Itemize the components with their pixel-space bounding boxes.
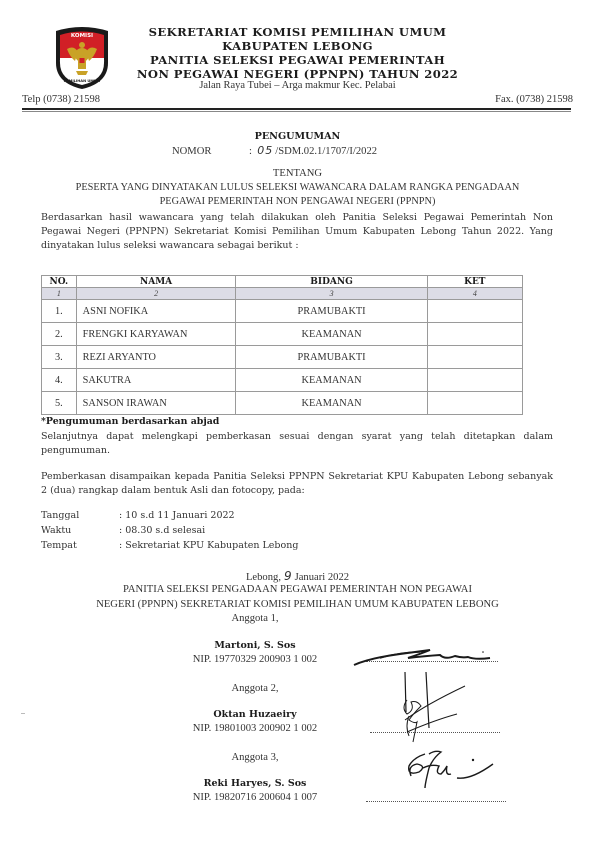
signature-month-year: Januari 2022	[295, 572, 349, 583]
signature-day-handwritten: 9	[284, 569, 292, 583]
cell-bidang: PRAMUBAKTI	[236, 300, 427, 323]
cell-bidang: PRAMUBAKTI	[236, 346, 427, 369]
nomor-label: NOMOR	[172, 146, 249, 157]
results-table: NO. NAMA BIDANG KET 1 2 3 4 1. ASNI NOFI…	[41, 275, 523, 415]
header-bidang: BIDANG	[236, 276, 427, 288]
cell-bidang: KEAMANAN	[236, 369, 427, 392]
cell-no: 2.	[42, 323, 77, 346]
nomor-separator: :	[249, 146, 252, 157]
schedule-value: : 08.30 s.d selesai	[119, 525, 205, 536]
member-1-nip: NIP. 19770329 200903 1 002	[155, 654, 355, 665]
index-cell: 1	[42, 288, 77, 300]
cell-nama: SAKUTRA	[76, 369, 236, 392]
member-1-name: Martoni, S. Sos	[155, 640, 355, 651]
schedule-row-time: Waktu: 08.30 s.d selesai	[41, 525, 205, 536]
schedule-row-place: Tempat: Sekretariat KPU Kabupaten Lebong	[41, 540, 298, 551]
announcement-number: NOMOR: 05/SDM.02.1/1707/I/2022	[172, 144, 377, 157]
member-1-role: Anggota 1,	[155, 613, 355, 624]
subject-line-2: PEGAWAI PEMERINTAH NON PENGAWAI NEGERI (…	[0, 196, 595, 207]
table-index-row: 1 2 3 4	[42, 288, 523, 300]
cell-nama: ASNI NOFIKA	[76, 300, 236, 323]
table-row: 1. ASNI NOFIKA PRAMUBAKTI	[42, 300, 523, 323]
letterhead-line-4: NON PEGAWAI NEGERI (PPNPN) TAHUN 2022	[0, 67, 595, 81]
schedule-row-date: Tanggal: 10 s.d 11 Januari 2022	[41, 510, 235, 521]
cell-no: 4.	[42, 369, 77, 392]
index-cell: 2	[76, 288, 236, 300]
schedule-label: Tanggal	[41, 510, 119, 521]
letterhead-fax: Fax. (0738) 21598	[495, 94, 573, 105]
letterhead-address: Jalan Raya Tubei – Arga makmur Kec. Pela…	[0, 80, 595, 91]
cell-ket	[427, 300, 522, 323]
cell-nama: SANSON IRAWAN	[76, 392, 236, 415]
letterhead-line-2: KABUPATEN LEBONG	[0, 39, 595, 53]
scan-artifact	[21, 713, 25, 714]
index-cell: 4	[427, 288, 522, 300]
letterhead-line-3: PANITIA SELEKSI PEGAWAI PEMERINTAH	[0, 53, 595, 67]
member-2-nip: NIP. 19801003 200902 1 002	[155, 723, 355, 734]
alphabetical-note: *Pengumuman berdasarkan abjad	[41, 416, 219, 427]
committee-line-1: PANITIA SELEKSI PENGADAAN PEGAWAI PEMERI…	[0, 584, 595, 595]
index-cell: 3	[236, 288, 427, 300]
signature-line-3	[366, 801, 506, 802]
signature-date: Lebong,9Januari 2022	[0, 569, 595, 583]
cell-bidang: KEAMANAN	[236, 323, 427, 346]
followup-paragraph: Selanjutnya dapat melengkapi pemberkasan…	[41, 430, 553, 458]
schedule-value: : 10 s.d 11 Januari 2022	[119, 510, 235, 521]
submission-paragraph: Pemberkasan disampaikan kepada Panitia S…	[41, 470, 553, 498]
schedule-value: : Sekretariat KPU Kabupaten Lebong	[119, 540, 298, 551]
member-3-name: Reki Haryes, S. Sos	[155, 778, 355, 789]
cell-ket	[427, 369, 522, 392]
member-3-nip: NIP. 19820716 200604 1 007	[155, 792, 355, 803]
schedule-label: Tempat	[41, 540, 119, 551]
signature-1-icon	[350, 640, 510, 670]
signature-place: Lebong,	[246, 572, 281, 583]
letterhead-telp: Telp (0738) 21598	[22, 94, 100, 105]
cell-no: 5.	[42, 392, 77, 415]
cell-nama: FRENGKI KARYAWAN	[76, 323, 236, 346]
cell-nama: REZI ARYANTO	[76, 346, 236, 369]
member-3-role: Anggota 3,	[155, 752, 355, 763]
letterhead-line-1: SEKRETARIAT KOMISI PEMILIHAN UMUM	[0, 25, 595, 39]
table-row: 5. SANSON IRAWAN KEAMANAN	[42, 392, 523, 415]
member-2-role: Anggota 2,	[155, 683, 355, 694]
table-row: 3. REZI ARYANTO PRAMUBAKTI	[42, 346, 523, 369]
nomor-value: /SDM.02.1/1707/I/2022	[275, 146, 377, 157]
table-row: 2. FRENGKI KARYAWAN KEAMANAN	[42, 323, 523, 346]
intro-paragraph: Berdasarkan hasil wawancara yang telah d…	[41, 211, 553, 253]
committee-line-2: NEGERI (PPNPN) SEKRETARIAT KOMISI PEMILI…	[0, 599, 595, 610]
cell-ket	[427, 346, 522, 369]
cell-bidang: KEAMANAN	[236, 392, 427, 415]
cell-no: 1.	[42, 300, 77, 323]
table-row: 4. SAKUTRA KEAMANAN	[42, 369, 523, 392]
cell-ket	[427, 392, 522, 415]
letterhead-divider	[22, 108, 571, 110]
table-header-row: NO. NAMA BIDANG KET	[42, 276, 523, 288]
cell-no: 3.	[42, 346, 77, 369]
tentang-label: TENTANG	[0, 168, 595, 179]
announcement-title: PENGUMUMAN	[0, 131, 595, 142]
signature-3-icon	[405, 748, 505, 798]
header-ket: KET	[427, 276, 522, 288]
signature-2-icon	[395, 670, 485, 750]
schedule-label: Waktu	[41, 525, 119, 536]
letterhead-divider-thin	[22, 111, 571, 112]
header-nama: NAMA	[76, 276, 236, 288]
cell-ket	[427, 323, 522, 346]
subject-line-1: PESERTA YANG DINYATAKAN LULUS SELEKSI WA…	[0, 182, 595, 193]
nomor-handwritten: 05	[257, 144, 273, 157]
member-2-name: Oktan Huzaeiry	[155, 709, 355, 720]
header-no: NO.	[42, 276, 77, 288]
